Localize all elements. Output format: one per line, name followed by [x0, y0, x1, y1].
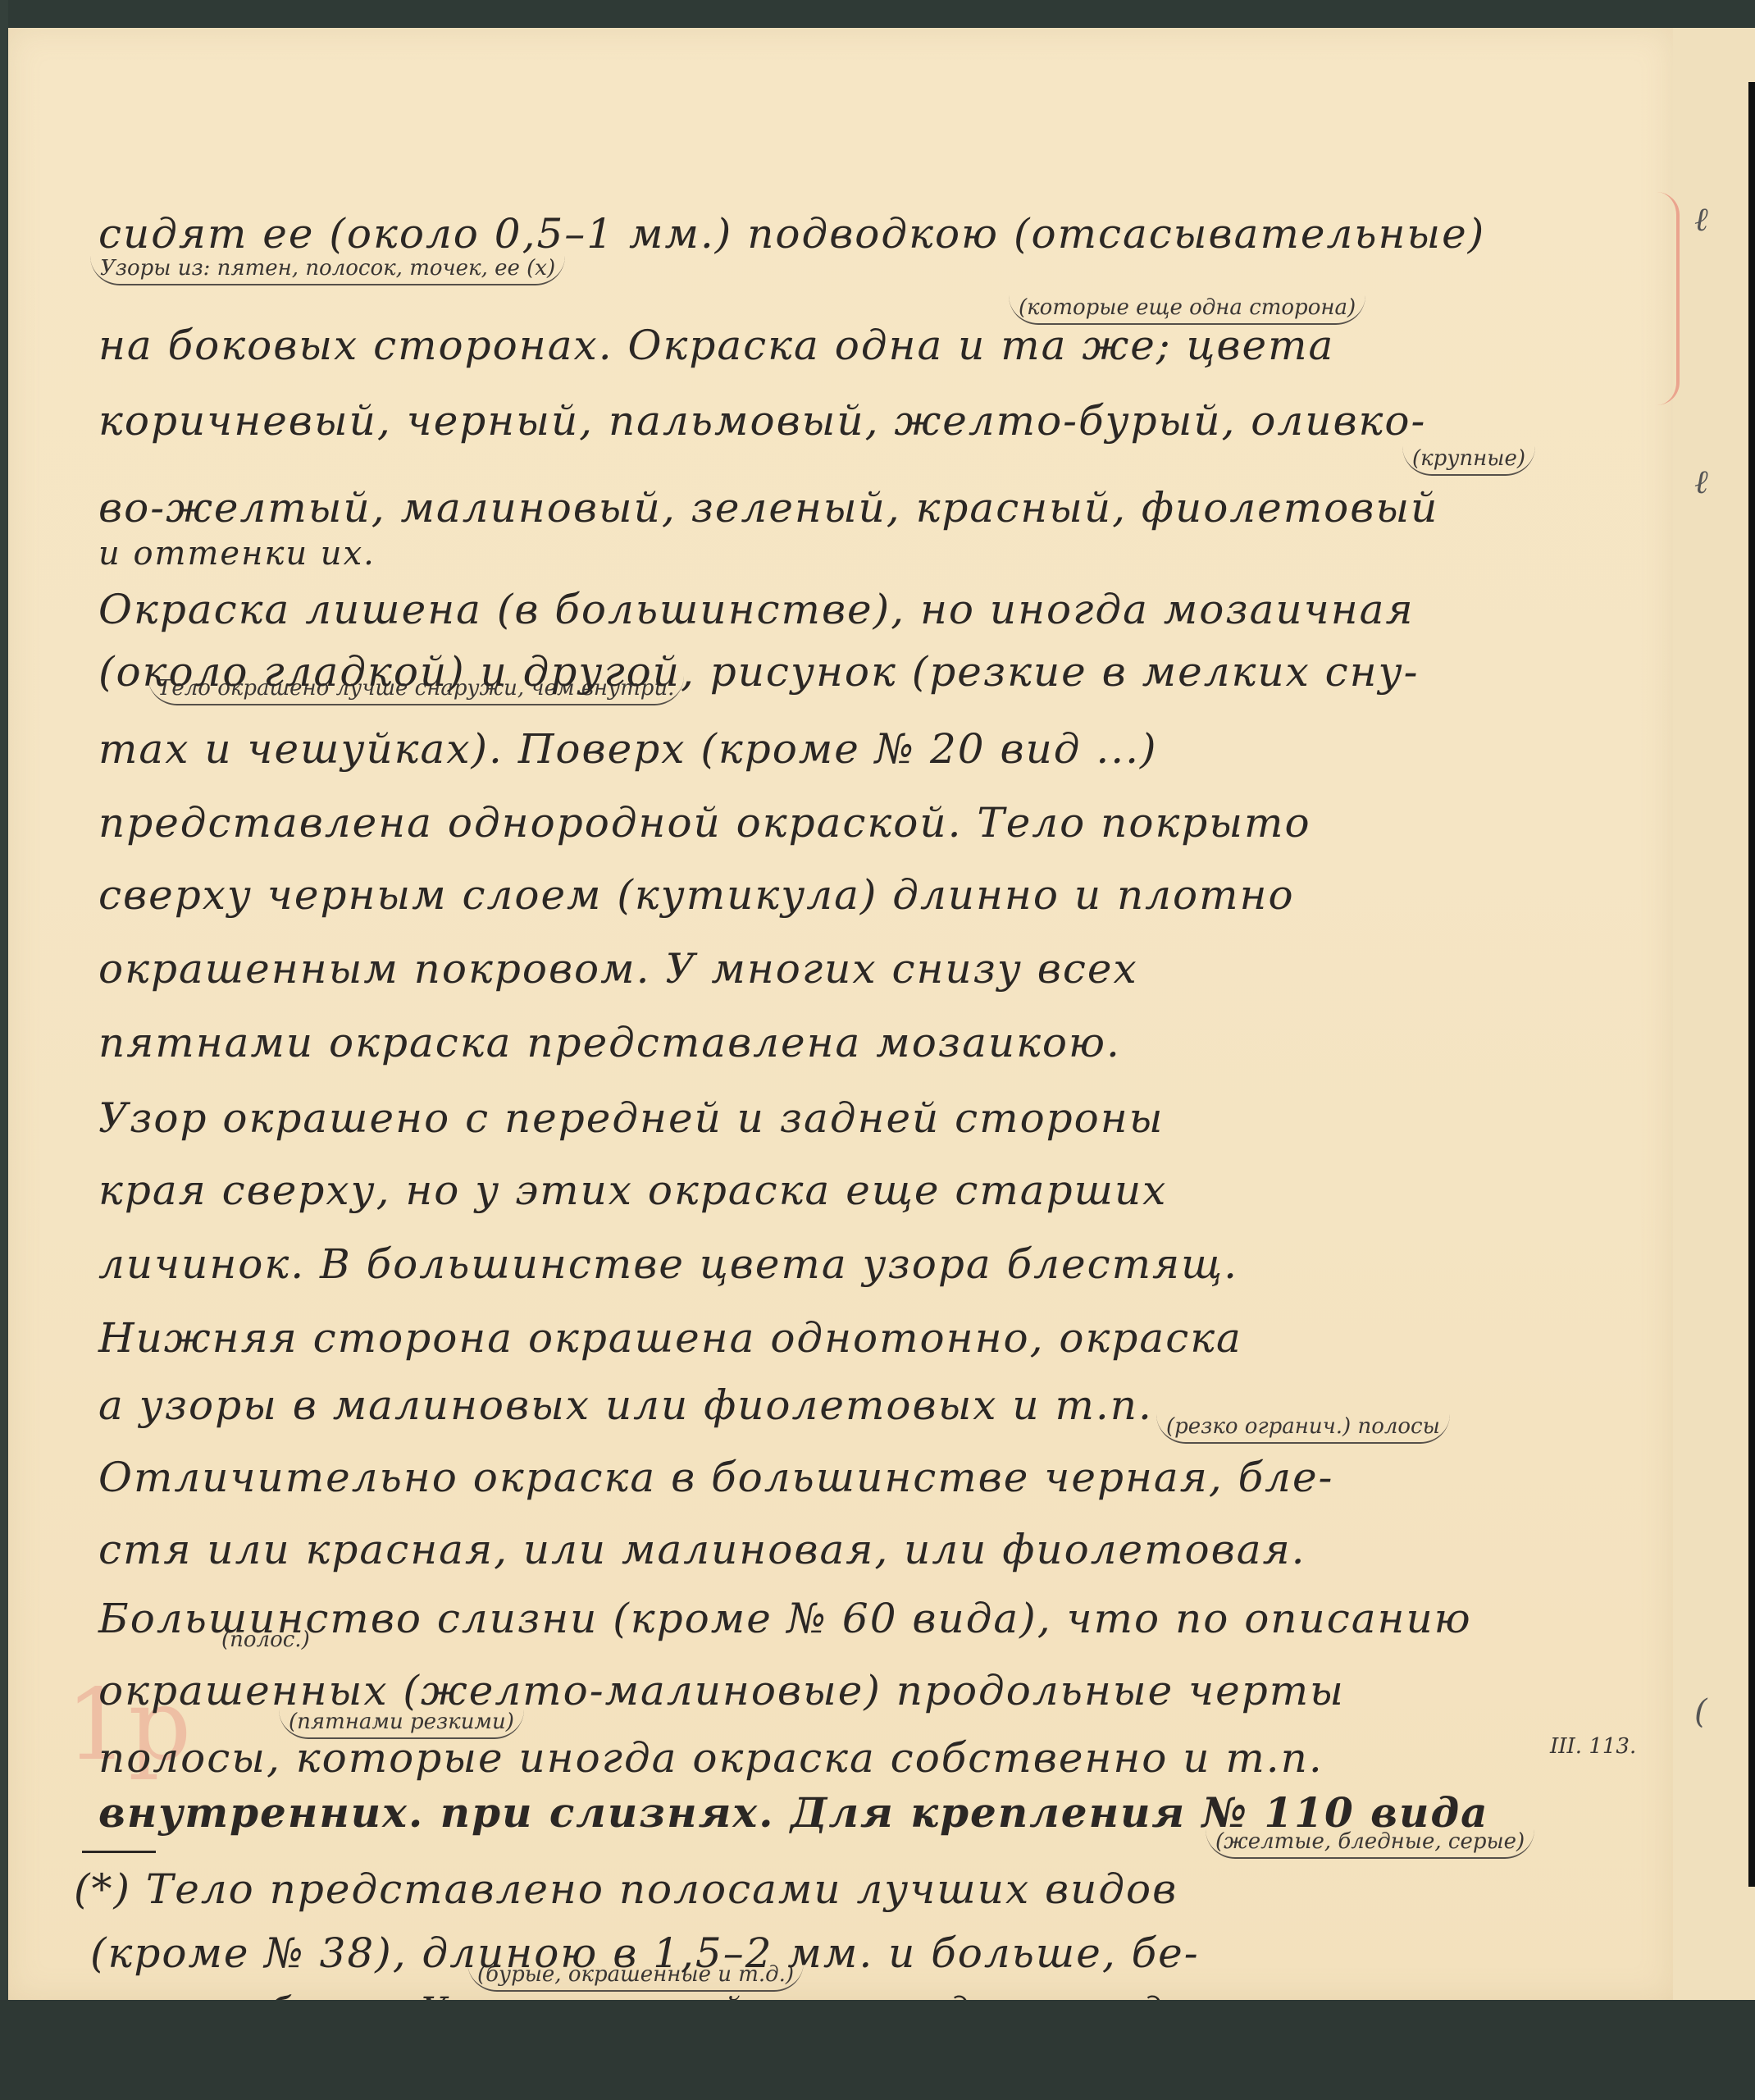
interlinear-note: (крупные) — [1402, 446, 1535, 476]
text-line: сидят ее (около 0,5–1 мм.) подводкою (от… — [98, 210, 1485, 258]
interlinear-note: (резко огранич.) полосы — [1156, 1414, 1450, 1444]
text-line: края сверху, но у этих окраска еще старш… — [98, 1166, 1167, 1214]
underlying-sheet-shadow — [1748, 82, 1755, 1887]
text-line: и оттенки их. — [98, 535, 376, 573]
text-line: Отличительно окраска в большинстве черна… — [98, 1454, 1333, 1501]
text-line: (около гладкой) и другой, рисунок (резки… — [98, 648, 1420, 696]
text-line: а узоры в малиновых или фиолетовых и т.п… — [98, 1381, 1153, 1429]
underlying-sheet-glyph: ℓ — [1694, 463, 1708, 501]
mount-backing-top — [0, 0, 1755, 30]
mount-backing-bottom — [0, 2000, 1755, 2100]
text-line: пятнами окраска представлена мозаикою. — [98, 1019, 1121, 1066]
text-line: Нижняя сторона окрашена однотонно, окрас… — [98, 1314, 1242, 1362]
text-line: Окраска лишена (в большинстве), но иногд… — [98, 586, 1415, 633]
text-line: стя или красная, или малиновая, или фиол… — [98, 1526, 1306, 1573]
underlying-sheet-glyph: ℓ — [1694, 200, 1708, 239]
underlying-sheet-edge: ℓ ℓ ( — [1669, 28, 1755, 2005]
interlinear-note: III. 113. — [1550, 1734, 1636, 1759]
text-line: представлена однородной окраской. Тело п… — [98, 799, 1311, 847]
footnote-line: (кроме № 38), длиною в 1,5–2 мм. и больш… — [90, 1929, 1200, 1977]
text-line: личинок. В большинстве цвета узора блест… — [98, 1240, 1238, 1288]
text-line: Большинство слизни (кроме № 60 вида), чт… — [98, 1595, 1472, 1642]
text-line: полосы, которые иногда окраска собственн… — [98, 1734, 1324, 1782]
text-line: окрашенных (желто-малиновые) продольные … — [98, 1667, 1345, 1714]
text-line: на боковых сторонах. Окраска одна и та ж… — [98, 322, 1334, 369]
manuscript-page: 1р Узоры из: пятен, полосок, точек, ее (… — [8, 28, 1673, 2000]
footnote-rule — [82, 1851, 156, 1853]
text-line: коричневый, черный, пальмовый, желто-бур… — [98, 397, 1426, 445]
text-line: Узор окрашено с передней и задней сторон… — [98, 1094, 1164, 1142]
text-line: окрашенным покровом. У многих снизу всех — [98, 945, 1138, 993]
underlying-sheet-glyph: ( — [1694, 1693, 1707, 1731]
footnote-line: (*) Тело представлено полосами лучших ви… — [74, 1865, 1178, 1913]
text-line: во-желтый, малиновый, зеленый, красный, … — [98, 484, 1438, 532]
red-pencil-brace — [1657, 192, 1680, 405]
text-line: тах и чешуйках). Поверх (кроме № 20 вид … — [98, 725, 1158, 773]
text-line: сверху черным слоем (кутикула) длинно и … — [98, 871, 1295, 919]
interlinear-note: (которые еще одна сторона) — [1009, 295, 1365, 325]
interlinear-note: Узоры из: пятен, полосок, точек, ее (х) — [90, 256, 565, 285]
text-line: внутренних. при слизнях. Для крепления №… — [98, 1788, 1489, 1837]
mount-backing-left — [0, 0, 8, 2100]
